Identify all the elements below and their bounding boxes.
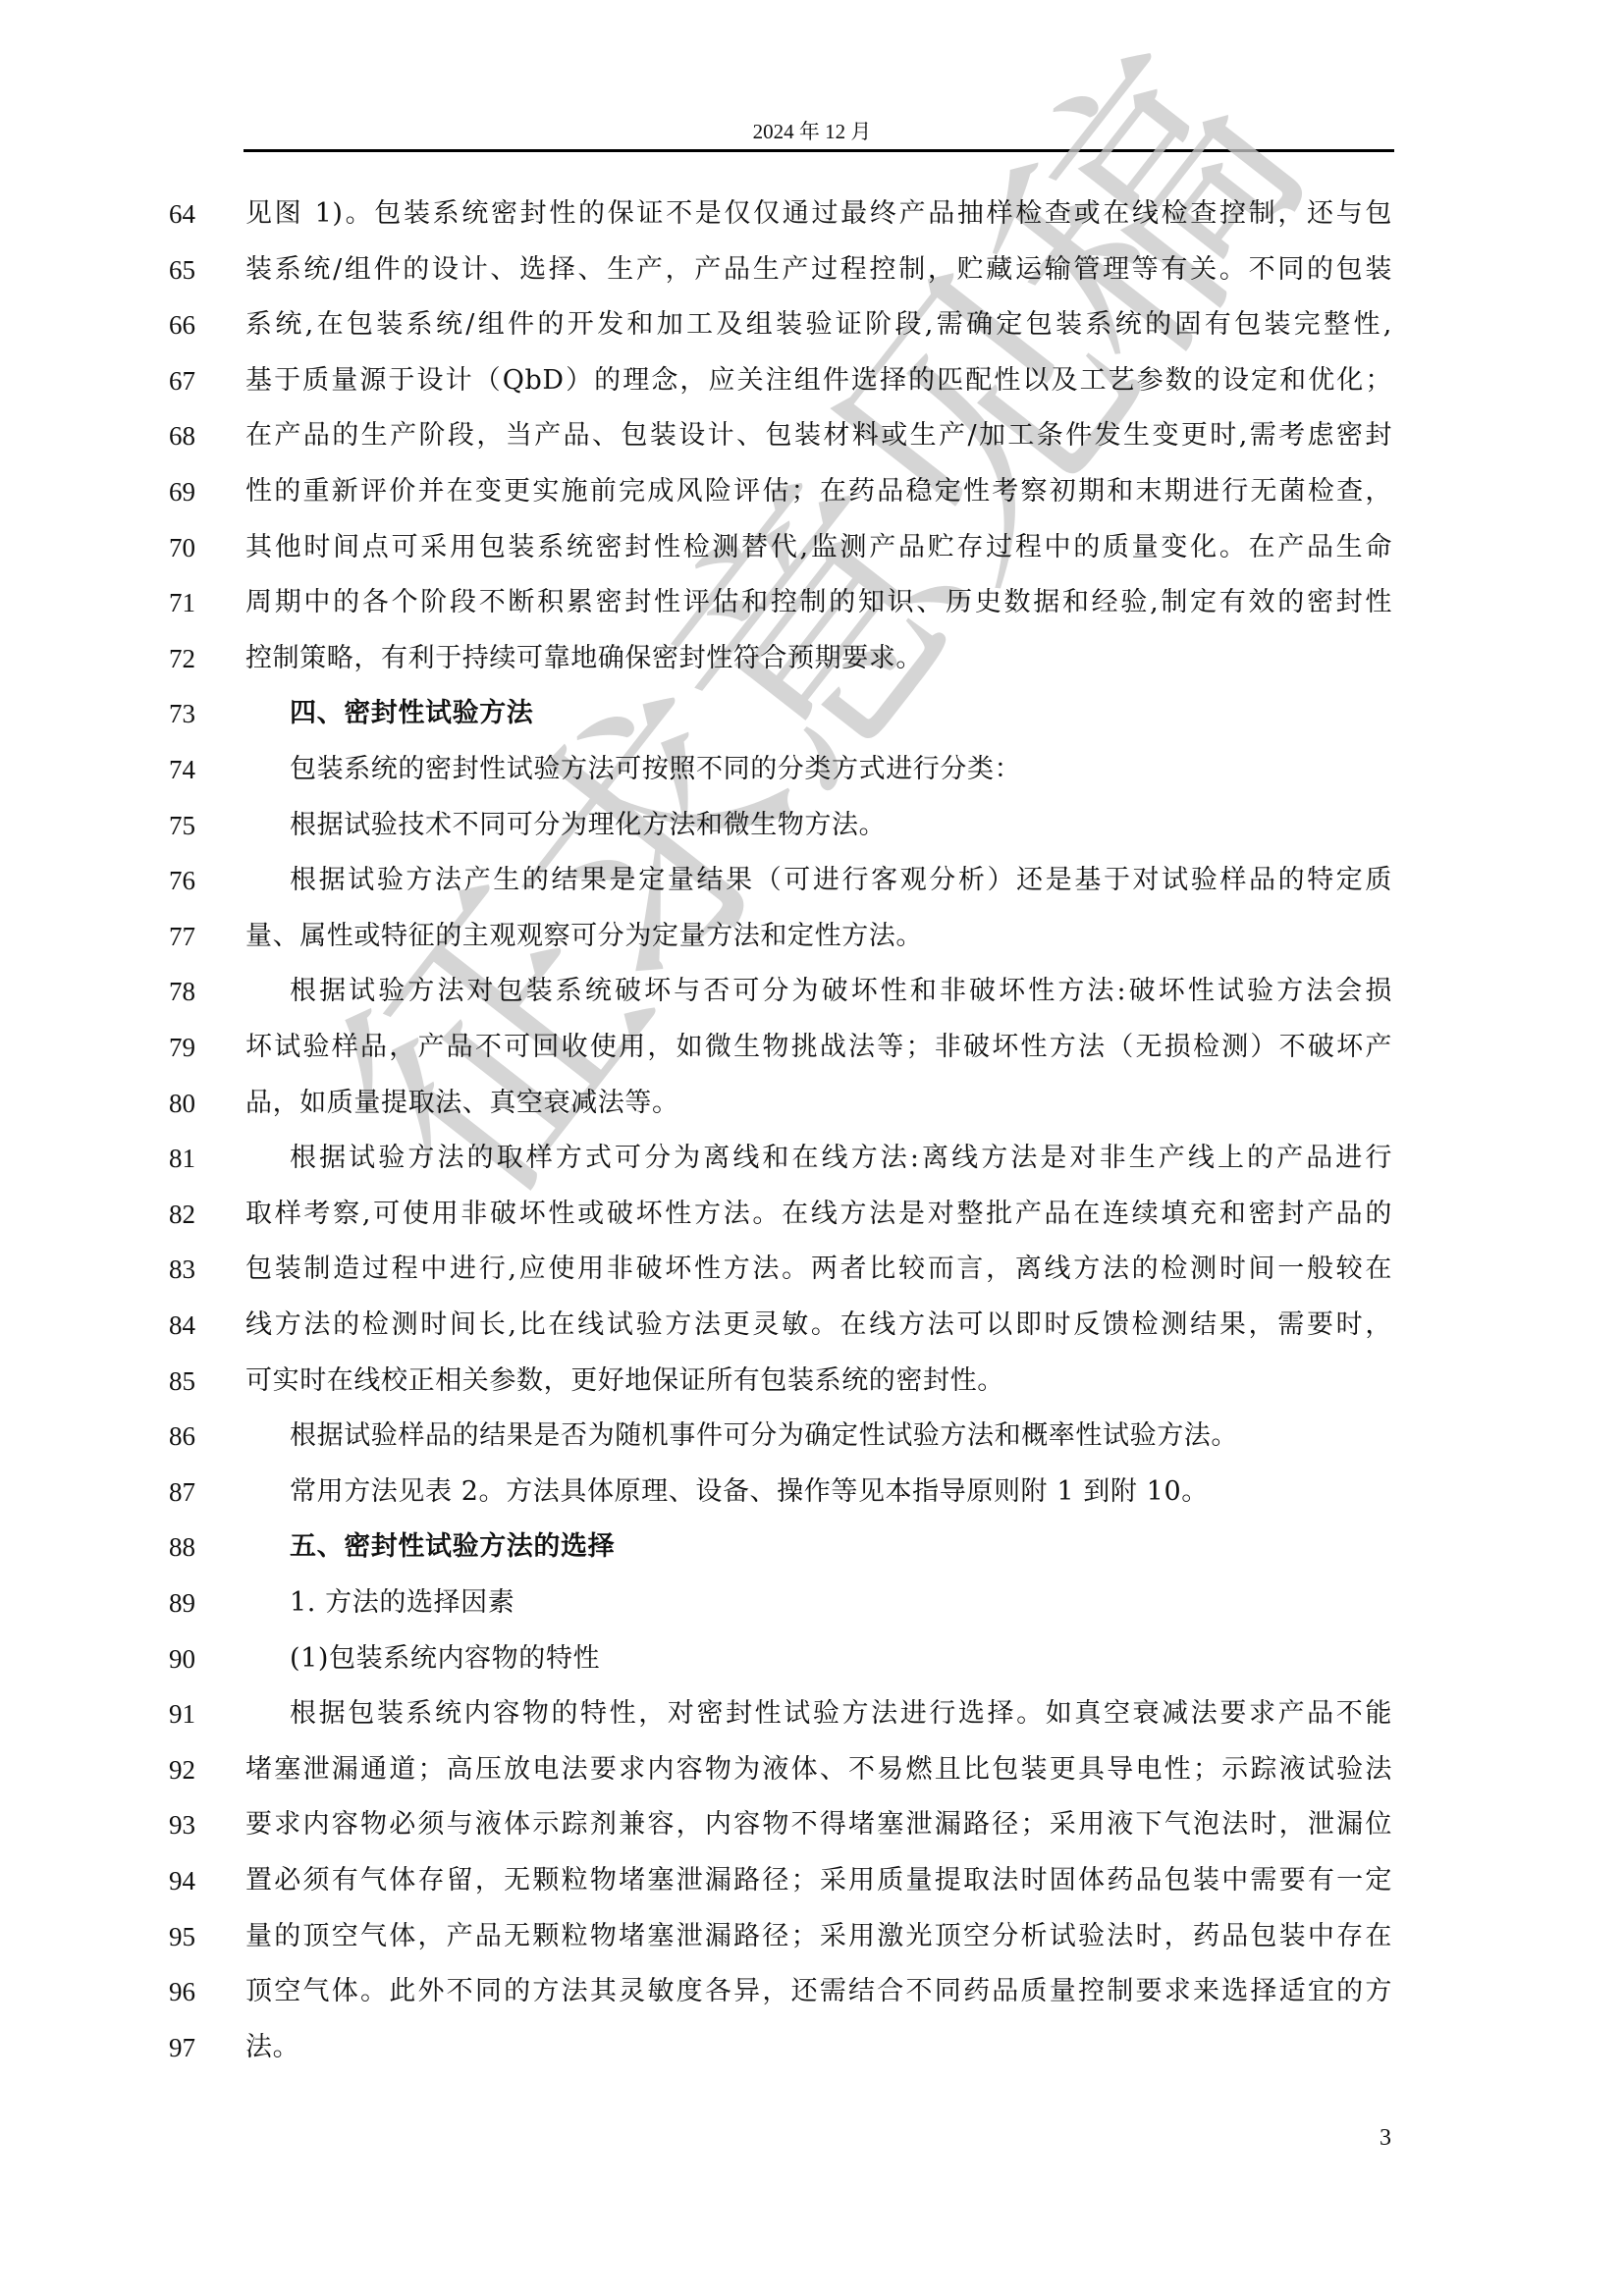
line-number: 68: [169, 416, 208, 455]
draft-watermark: 征求意见稿: [236, 0, 1363, 1263]
document-line: 83包装制造过程中进行,应使用非破坏性方法。两者比较而言，离线方法的检测时间一般…: [0, 1250, 1624, 1289]
line-text: 装系统/组件的设计、选择、生产，产品生产过程控制，贮藏运输管理等有关。不同的包装: [245, 250, 1392, 290]
document-line: 73四、密封性试验方法: [0, 694, 1624, 733]
document-line: 95量的顶空气体，产品无颗粒物堵塞泄漏路径；采用激光顶空分析试验法时，药品包装中…: [0, 1917, 1624, 1956]
line-number: 89: [169, 1583, 208, 1623]
line-number: 79: [169, 1028, 208, 1067]
line-number: 71: [169, 583, 208, 622]
line-text: 包装系统的密封性试验方法可按照不同的分类方式进行分类：: [290, 750, 1392, 789]
line-text: 根据试验方法的取样方式可分为离线和在线方法:离线方法是对非生产线上的产品进行: [290, 1139, 1392, 1178]
line-number: 96: [169, 1972, 208, 2011]
line-text: 在产品的生产阶段，当产品、包装设计、包装材料或生产/加工条件发生变更时,需考虑密…: [245, 416, 1392, 455]
document-line: 80品，如质量提取法、真空衰减法等。: [0, 1084, 1624, 1123]
line-number: 73: [169, 694, 208, 733]
line-text: 取样考察,可使用非破坏性或破坏性方法。在线方法是对整批产品在连续填充和密封产品的: [245, 1195, 1392, 1234]
document-line: 78根据试验方法对包装系统破坏与否可分为破坏性和非破坏性方法:破坏性试验方法会损: [0, 972, 1624, 1011]
line-number: 80: [169, 1084, 208, 1123]
document-line: 88五、密封性试验方法的选择: [0, 1527, 1624, 1567]
line-number: 86: [169, 1416, 208, 1456]
document-line: 71周期中的各个阶段不断积累密封性评估和控制的知识、历史数据和经验,制定有效的密…: [0, 583, 1624, 622]
document-line: 64见图 1)。包装系统密封性的保证不是仅仅通过最终产品抽样检查或在线检查控制，…: [0, 194, 1624, 234]
line-text: 量的顶空气体，产品无颗粒物堵塞泄漏路径；采用激光顶空分析试验法时，药品包装中存在: [245, 1917, 1392, 1956]
line-text: 要求内容物必须与液体示踪剂兼容，内容物不得堵塞泄漏路径；采用液下气泡法时，泄漏位: [245, 1805, 1392, 1844]
line-number: 85: [169, 1362, 208, 1401]
line-text: 基于质量源于设计（QbD）的理念，应关注组件选择的匹配性以及工艺参数的设定和优化…: [245, 361, 1392, 400]
line-text: 可实时在线校正相关参数，更好地保证所有包装系统的密封性。: [245, 1362, 1392, 1401]
line-number: 74: [169, 750, 208, 789]
document-line: 92堵塞泄漏通道；高压放电法要求内容物为液体、不易燃且比包装更具导电性；示踪液试…: [0, 1750, 1624, 1789]
line-number: 95: [169, 1917, 208, 1956]
document-line: 68在产品的生产阶段，当产品、包装设计、包装材料或生产/加工条件发生变更时,需考…: [0, 416, 1624, 455]
line-number: 64: [169, 194, 208, 234]
line-text: 常用方法见表 2。方法具体原理、设备、操作等见本指导原则附 1 到附 10。: [290, 1472, 1392, 1512]
line-text: 1. 方法的选择因素: [290, 1583, 1392, 1623]
line-text: 见图 1)。包装系统密封性的保证不是仅仅通过最终产品抽样检查或在线检查控制，还与…: [245, 194, 1392, 234]
line-text: 根据试验方法产生的结果是定量结果（可进行客观分析）还是基于对试验样品的特定质: [290, 861, 1392, 900]
document-line: 65装系统/组件的设计、选择、生产，产品生产过程控制，贮藏运输管理等有关。不同的…: [0, 250, 1624, 290]
section-heading: 四、密封性试验方法: [290, 694, 1392, 733]
document-line: 82取样考察,可使用非破坏性或破坏性方法。在线方法是对整批产品在连续填充和密封产…: [0, 1195, 1624, 1234]
document-line: 67基于质量源于设计（QbD）的理念，应关注组件选择的匹配性以及工艺参数的设定和…: [0, 361, 1624, 400]
document-line: 94置必须有气体存留，无颗粒物堵塞泄漏路径；采用质量提取法时固体药品包装中需要有…: [0, 1861, 1624, 1900]
line-number: 81: [169, 1139, 208, 1178]
line-number: 67: [169, 361, 208, 400]
document-line: 96顶空气体。此外不同的方法其灵敏度各异，还需结合不同药品质量控制要求来选择适宜…: [0, 1972, 1624, 2011]
line-number: 82: [169, 1195, 208, 1234]
document-line: 91根据包装系统内容物的特性，对密封性试验方法进行选择。如真空衰减法要求产品不能: [0, 1694, 1624, 1734]
line-number: 83: [169, 1250, 208, 1289]
line-text: 顶空气体。此外不同的方法其灵敏度各异，还需结合不同药品质量控制要求来选择适宜的方: [245, 1972, 1392, 2011]
document-line: 72控制策略，有利于持续可靠地确保密封性符合预期要求。: [0, 639, 1624, 678]
line-text: 法。: [245, 2028, 1392, 2067]
line-text: 系统,在包装系统/组件的开发和加工及组装验证阶段,需确定包装系统的固有包装完整性…: [245, 305, 1392, 345]
document-line: 70其他时间点可采用包装系统密封性检测替代,监测产品贮存过程中的质量变化。在产品…: [0, 528, 1624, 567]
line-number: 97: [169, 2028, 208, 2067]
line-number: 88: [169, 1527, 208, 1567]
line-text: 根据试验技术不同可分为理化方法和微生物方法。: [290, 806, 1392, 845]
line-number: 72: [169, 639, 208, 678]
document-line: 81根据试验方法的取样方式可分为离线和在线方法:离线方法是对非生产线上的产品进行: [0, 1139, 1624, 1178]
document-line: 77量、属性或特征的主观观察可分为定量方法和定性方法。: [0, 917, 1624, 956]
page-number: 3: [1380, 2125, 1391, 2152]
line-text: 品，如质量提取法、真空衰减法等。: [245, 1084, 1392, 1123]
line-number: 84: [169, 1306, 208, 1345]
document-line: 76根据试验方法产生的结果是定量结果（可进行客观分析）还是基于对试验样品的特定质: [0, 861, 1624, 900]
line-number: 75: [169, 806, 208, 845]
document-line: 75根据试验技术不同可分为理化方法和微生物方法。: [0, 806, 1624, 845]
line-number: 76: [169, 861, 208, 900]
line-number: 93: [169, 1805, 208, 1844]
line-text: 根据试验样品的结果是否为随机事件可分为确定性试验方法和概率性试验方法。: [290, 1416, 1392, 1456]
document-line: 90(1)包装系统内容物的特性: [0, 1639, 1624, 1679]
line-text: 坏试验样品，产品不可回收使用，如微生物挑战法等；非破坏性方法（无损检测）不破坏产: [245, 1028, 1392, 1067]
line-text: 包装制造过程中进行,应使用非破坏性方法。两者比较而言，离线方法的检测时间一般较在: [245, 1250, 1392, 1289]
document-line: 74包装系统的密封性试验方法可按照不同的分类方式进行分类：: [0, 750, 1624, 789]
document-line: 85可实时在线校正相关参数，更好地保证所有包装系统的密封性。: [0, 1362, 1624, 1401]
line-text: 其他时间点可采用包装系统密封性检测替代,监测产品贮存过程中的质量变化。在产品生命: [245, 528, 1392, 567]
document-line: 97法。: [0, 2028, 1624, 2067]
line-text: (1)包装系统内容物的特性: [290, 1639, 1392, 1679]
line-number: 70: [169, 528, 208, 567]
page-header-date: 2024 年 12 月: [0, 116, 1624, 145]
line-text: 量、属性或特征的主观观察可分为定量方法和定性方法。: [245, 917, 1392, 956]
line-text: 线方法的检测时间长,比在线试验方法更灵敏。在线方法可以即时反馈检测结果，需要时，: [245, 1306, 1392, 1345]
document-line: 93要求内容物必须与液体示踪剂兼容，内容物不得堵塞泄漏路径；采用液下气泡法时，泄…: [0, 1805, 1624, 1844]
line-number: 69: [169, 472, 208, 511]
document-line: 87常用方法见表 2。方法具体原理、设备、操作等见本指导原则附 1 到附 10。: [0, 1472, 1624, 1512]
line-number: 65: [169, 250, 208, 290]
document-line: 66系统,在包装系统/组件的开发和加工及组装验证阶段,需确定包装系统的固有包装完…: [0, 305, 1624, 345]
document-line: 79坏试验样品，产品不可回收使用，如微生物挑战法等；非破坏性方法（无损检测）不破…: [0, 1028, 1624, 1067]
line-text: 周期中的各个阶段不断积累密封性评估和控制的知识、历史数据和经验,制定有效的密封性: [245, 583, 1392, 622]
line-text: 根据包装系统内容物的特性，对密封性试验方法进行选择。如真空衰减法要求产品不能: [290, 1694, 1392, 1734]
line-number: 94: [169, 1861, 208, 1900]
header-rule: [244, 149, 1394, 152]
document-line: 69性的重新评价并在变更实施前完成风险评估；在药品稳定性考察初期和末期进行无菌检…: [0, 472, 1624, 511]
line-text: 控制策略，有利于持续可靠地确保密封性符合预期要求。: [245, 639, 1392, 678]
document-line: 86根据试验样品的结果是否为随机事件可分为确定性试验方法和概率性试验方法。: [0, 1416, 1624, 1456]
document-line: 84线方法的检测时间长,比在线试验方法更灵敏。在线方法可以即时反馈检测结果，需要…: [0, 1306, 1624, 1345]
line-number: 87: [169, 1472, 208, 1512]
line-number: 92: [169, 1750, 208, 1789]
line-number: 66: [169, 305, 208, 345]
line-number: 91: [169, 1694, 208, 1734]
line-number: 78: [169, 972, 208, 1011]
line-text: 性的重新评价并在变更实施前完成风险评估；在药品稳定性考察初期和末期进行无菌检查，: [245, 472, 1392, 511]
line-number: 77: [169, 917, 208, 956]
line-number: 90: [169, 1639, 208, 1679]
line-text: 置必须有气体存留，无颗粒物堵塞泄漏路径；采用质量提取法时固体药品包装中需要有一定: [245, 1861, 1392, 1900]
line-text: 根据试验方法对包装系统破坏与否可分为破坏性和非破坏性方法:破坏性试验方法会损: [290, 972, 1392, 1011]
line-text: 堵塞泄漏通道；高压放电法要求内容物为液体、不易燃且比包装更具导电性；示踪液试验法: [245, 1750, 1392, 1789]
document-line: 891. 方法的选择因素: [0, 1583, 1624, 1623]
section-heading: 五、密封性试验方法的选择: [290, 1527, 1392, 1567]
